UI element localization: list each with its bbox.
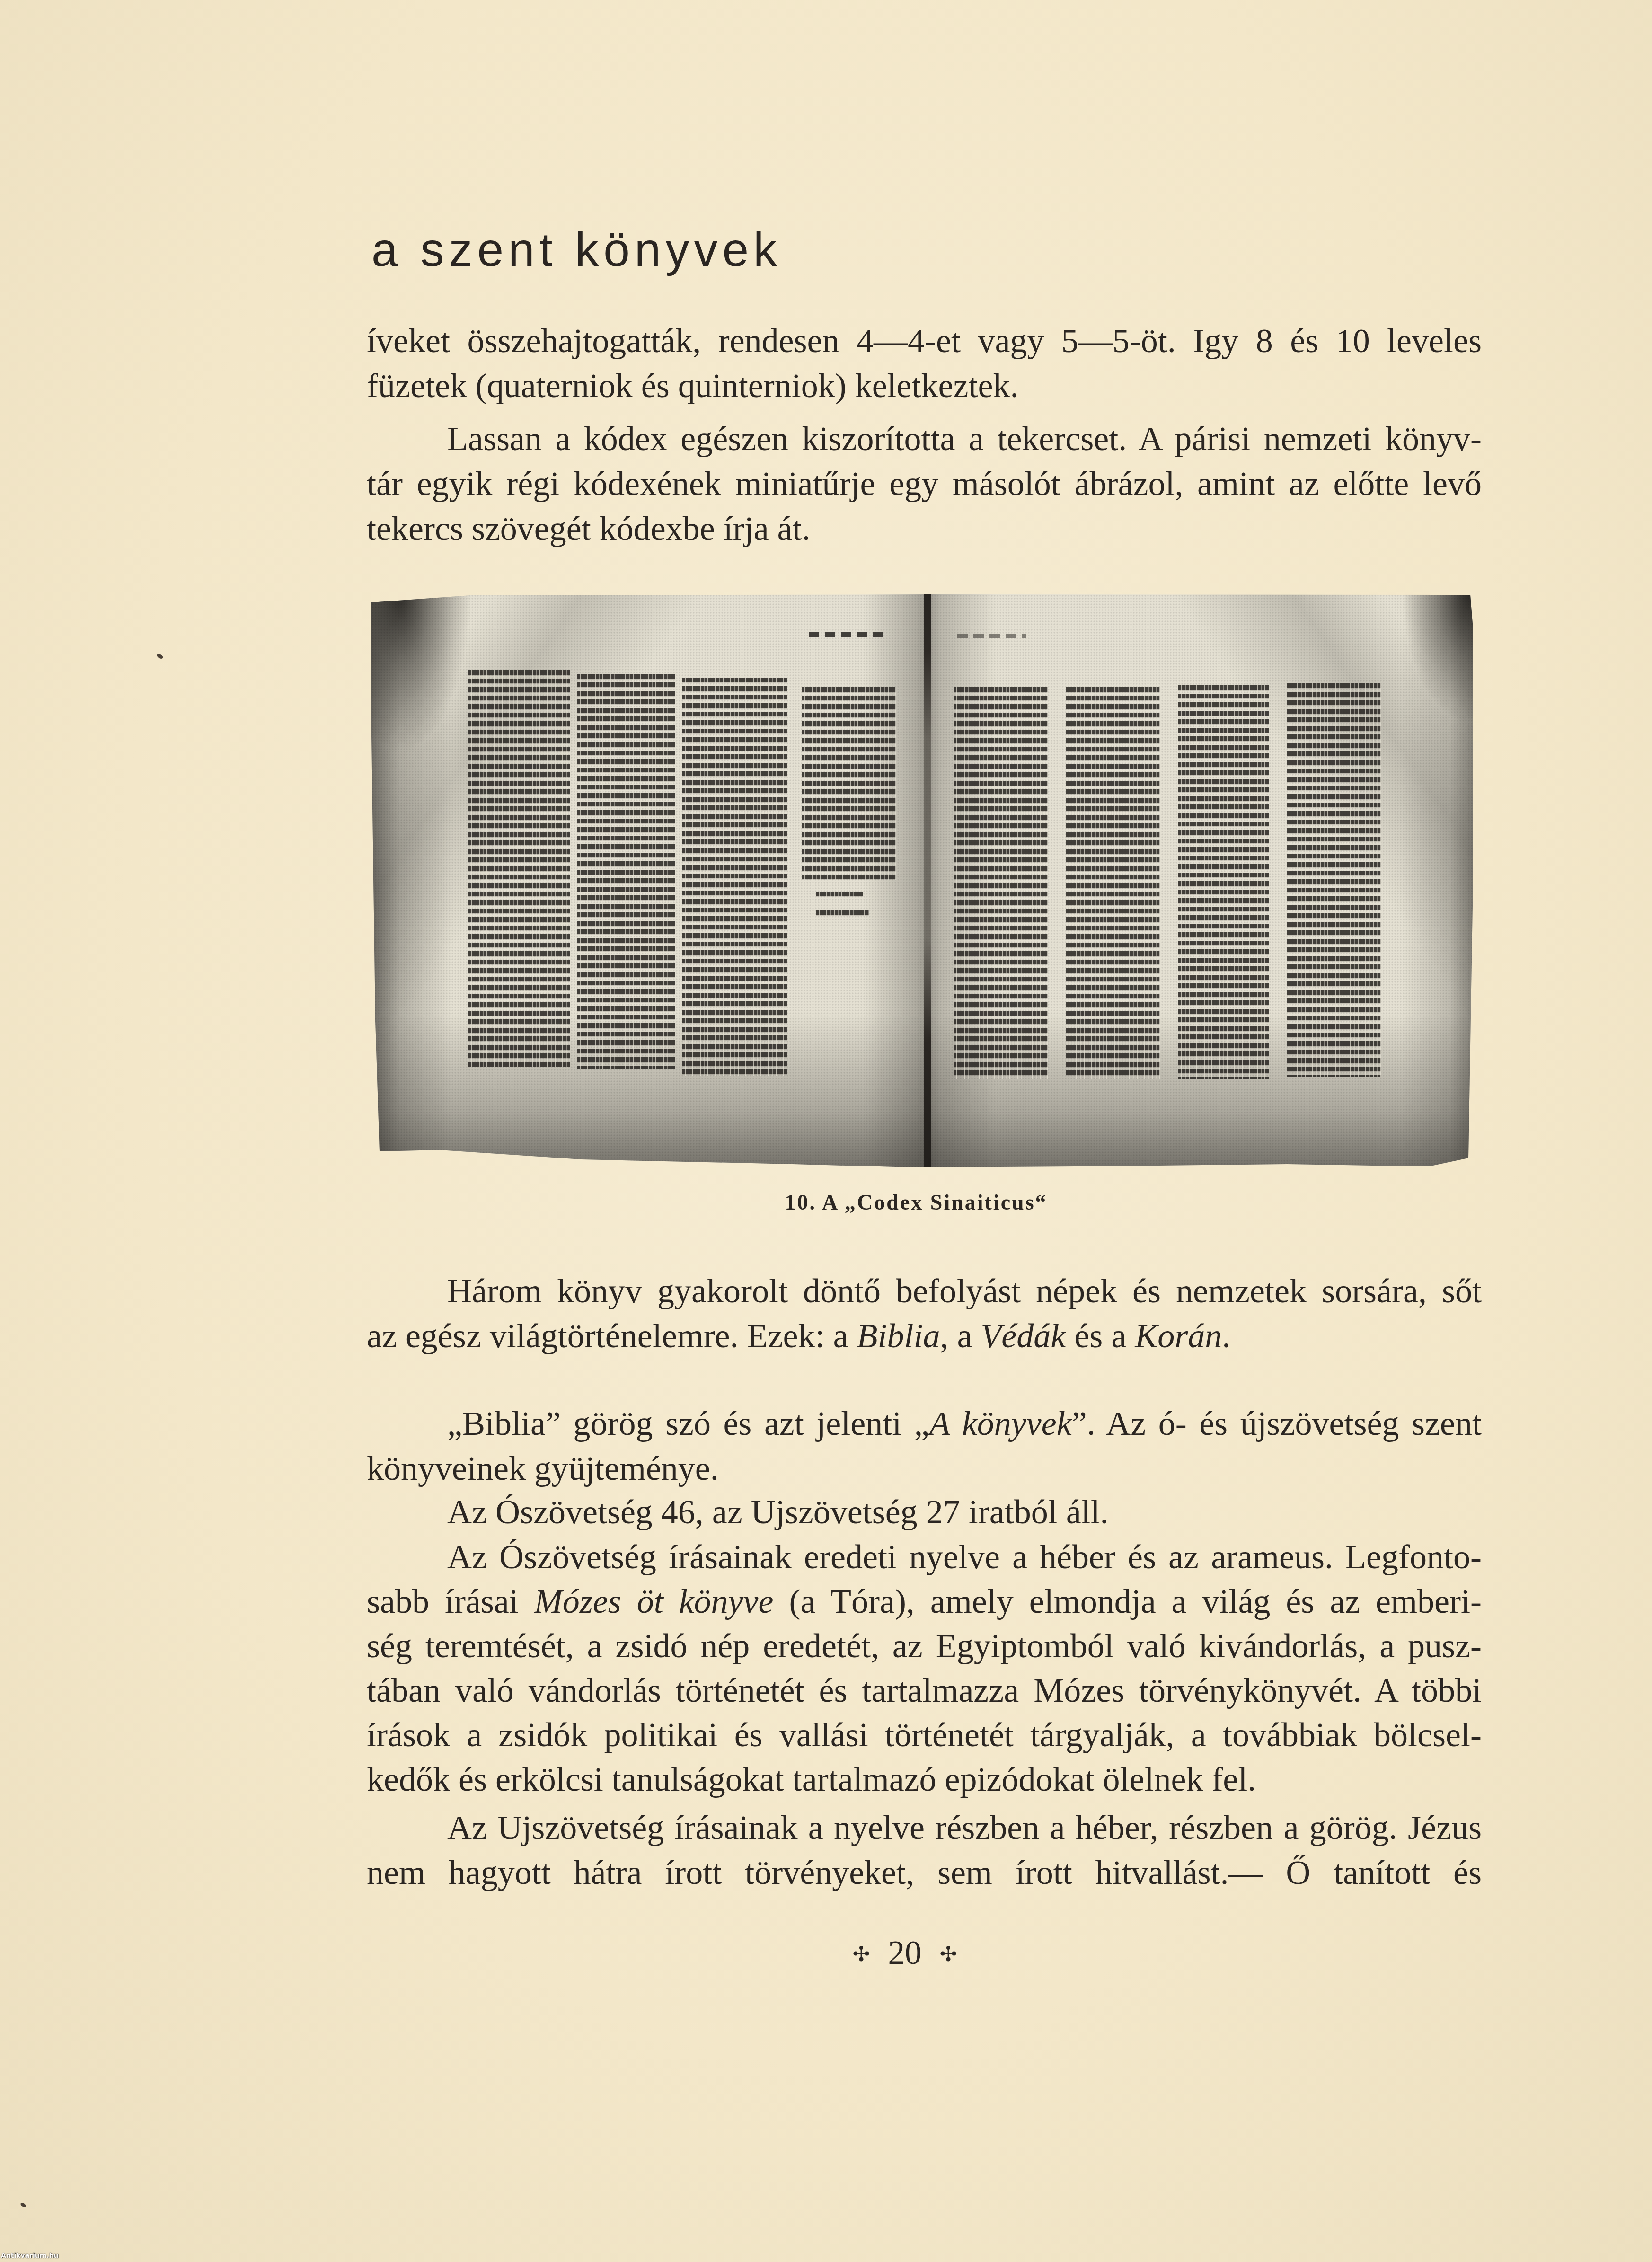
manuscript-column — [468, 670, 570, 1067]
manuscript-column — [1178, 685, 1269, 1079]
text-run: Az Ószövetség 46, az Ujszövetség 27 irat… — [447, 1493, 1109, 1531]
text-run: könyveinek gyüjteménye. — [367, 1449, 719, 1487]
text-run: ”. Az ó- és újszövetség szent — [1072, 1405, 1482, 1442]
manuscript-heading-right — [957, 634, 1026, 638]
text-run: az egész világtörténelemre. Ezek: a — [367, 1317, 857, 1355]
four-dot-cross-icon — [853, 1945, 869, 1962]
page-number: 20 — [880, 1936, 929, 1970]
text-line: könyveinek gyüjteménye. — [367, 1446, 1482, 1491]
paper-speck — [156, 653, 164, 660]
paragraph-old-testament: Az Ószövetség írásainak eredeti nyelve a… — [367, 1535, 1482, 1802]
text-line: íveket összehajtogatták, rendesen 4—4-et… — [367, 318, 1482, 363]
text-line: sabb írásai Mózes öt könyve (a Tóra), am… — [367, 1579, 1482, 1624]
text-run: és a — [1066, 1317, 1135, 1355]
text-line: ség teremtését, a zsidó nép eredetét, az… — [367, 1624, 1482, 1668]
italic-text: Védák — [981, 1317, 1066, 1355]
text-run: Az Ujszövetség írásainak a nyelve részbe… — [447, 1809, 1482, 1847]
italic-text: Mózes öt könyve — [534, 1582, 774, 1620]
watermark: Antikvarium.hu — [1, 2252, 59, 2260]
text-line: tár egyik régi kódexének miniatűrje egy … — [367, 461, 1482, 506]
text-run: „Biblia” görög szó és azt jelenti „ — [447, 1405, 929, 1442]
text-line: tekercs szövegét kódexbe írja át. — [367, 506, 1482, 551]
paragraph-continued: íveket összehajtogatták, rendesen 4—4-et… — [367, 318, 1482, 408]
text-line: írások a zsidók politikai és vallási tör… — [367, 1713, 1482, 1757]
text-run: . — [1222, 1317, 1230, 1355]
text-run: sabb írásai — [367, 1582, 534, 1620]
text-run: írások a zsidók politikai és vallási tör… — [367, 1716, 1482, 1754]
book-spine — [924, 594, 931, 1168]
manuscript-heading-left — [809, 632, 888, 637]
text-run: tekercs szövegét kódexbe írja át. — [367, 510, 811, 548]
manuscript-column — [1066, 687, 1160, 1079]
text-run: , a — [940, 1317, 981, 1355]
text-line: Az Ószövetség írásainak eredeti nyelve a… — [367, 1535, 1482, 1579]
text-run: tában való vándorlás történetét és tarta… — [367, 1671, 1482, 1709]
manuscript-column — [682, 678, 787, 1076]
text-line: Három könyv gyakorolt döntő befolyást né… — [367, 1269, 1482, 1314]
text-run: nem hagyott hátra írott törvényeket, sem… — [367, 1854, 1482, 1891]
text-line: tában való vándorlás történetét és tarta… — [367, 1668, 1482, 1713]
figure-caption: 10. A „Codex Sinaiticus“ — [359, 1192, 1474, 1213]
paragraph-biblia: „Biblia” görög szó és azt jelenti „A kön… — [367, 1401, 1482, 1491]
paragraph-three-books: Három könyv gyakorolt döntő befolyást né… — [367, 1269, 1482, 1359]
manuscript-column — [954, 687, 1048, 1079]
manuscript-column — [1287, 683, 1381, 1077]
text-run: Lassan a kódex egészen kiszorította a te… — [447, 420, 1482, 458]
codex-sinaiticus-photo — [371, 594, 1473, 1168]
text-run: kedők és erkölcsi tanulságokat tartalmaz… — [367, 1760, 1256, 1798]
text-run: ség teremtését, a zsidó nép eredetét, az… — [367, 1627, 1482, 1665]
text-line: nem hagyott hátra írott törvényeket, sem… — [367, 1850, 1482, 1895]
text-line: füzetek (quaterniok és quinterniok) kele… — [367, 363, 1482, 408]
four-dot-cross-icon — [940, 1945, 956, 1962]
text-run: (a Tóra), amely elmondja a világ és az e… — [773, 1582, 1482, 1620]
text-line: az egész világtörténelemre. Ezek: a Bibl… — [367, 1314, 1482, 1359]
text-line: Az Ószövetség 46, az Ujszövetség 27 irat… — [367, 1490, 1482, 1535]
manuscript-column — [577, 674, 675, 1069]
manuscript-colophon-line — [816, 910, 869, 916]
text-line: Az Ujszövetség írásainak a nyelve részbe… — [367, 1805, 1482, 1850]
italic-text: A könyvek — [929, 1405, 1072, 1442]
italic-text: Korán — [1135, 1317, 1222, 1355]
italic-text: Biblia — [857, 1317, 940, 1355]
text-line: kedők és erkölcsi tanulságokat tartalmaz… — [367, 1757, 1482, 1802]
manuscript-colophon-line — [816, 892, 863, 897]
text-run: Az Ószövetség írásainak eredeti nyelve a… — [447, 1538, 1482, 1576]
paragraph-new-testament: Az Ujszövetség írásainak a nyelve részbe… — [367, 1805, 1482, 1895]
text-run: Három könyv gyakorolt döntő befolyást né… — [447, 1272, 1482, 1310]
running-title: a szent könyvek — [371, 226, 782, 274]
book-page: a szent könyvek íveket összehajtogatták,… — [0, 0, 1652, 2262]
text-line: Lassan a kódex egészen kiszorította a te… — [367, 416, 1482, 461]
text-run: füzetek (quaterniok és quinterniok) kele… — [367, 367, 1018, 405]
paragraph-codex: Lassan a kódex egészen kiszorította a te… — [367, 416, 1482, 551]
paragraph-testament-count: Az Ószövetség 46, az Ujszövetség 27 irat… — [367, 1490, 1482, 1535]
text-line: „Biblia” görög szó és azt jelenti „A kön… — [367, 1401, 1482, 1446]
manuscript-column — [802, 687, 896, 880]
paper-speck — [20, 2202, 27, 2208]
text-run: tár egyik régi kódexének miniatűrje egy … — [367, 465, 1482, 503]
text-run: íveket összehajtogatták, rendesen 4—4-et… — [367, 322, 1482, 360]
